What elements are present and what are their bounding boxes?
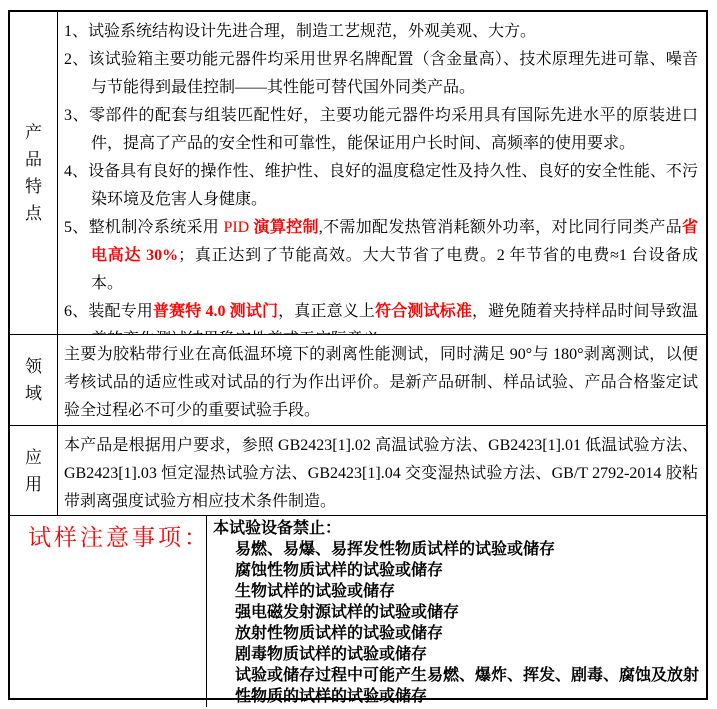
row-product-features: 产品特点 1、试验系统结构设计先进合理，制造工艺规范，外观美观、大方。 2、该试… <box>10 12 706 334</box>
row-header-product-features: 产品特点 <box>10 12 58 334</box>
prohibited-item: 放射性物质试样的试验或储存 <box>235 623 702 644</box>
application-content: 本产品是根据用户要求，参照 GB2423[1].02 高温试验方法、GB2423… <box>58 426 706 515</box>
feature-text: 该试验箱主要功能元器件均采用世界名牌配置（含金量高）、技术原理先进可靠、噪音与节… <box>89 51 698 96</box>
prohibited-item: 试验或储存过程中可能产生易燃、爆炸、挥发、剧毒、腐蚀及放射性物质的试样的试验或储… <box>235 665 702 707</box>
feature-text: 试验系统结构设计先进合理，制造工艺规范，外观美观、大方。 <box>88 23 536 40</box>
feature-number: 2、 <box>64 51 89 68</box>
prohibited-item: 易燃、易爆、易挥发性物质试样的试验或储存 <box>235 539 702 560</box>
feature-text: 零部件的配套与组装匹配性好，主要功能元器件均采用具有国际先进水平的原装进口件，提… <box>89 107 698 152</box>
row-header-label: 应用 <box>24 444 43 498</box>
field-content: 主要为胶粘带行业在高低温环境下的剥离性能测试，同时满足 90°与 180°剥离测… <box>58 335 706 425</box>
highlight-pid-control: 演算控制 <box>254 219 319 236</box>
product-features-content: 1、试验系统结构设计先进合理，制造工艺规范，外观美观、大方。 2、该试验箱主要功… <box>58 12 706 334</box>
feature-text: ,不需加配发热管消耗额外功率，对比同行同类产品 <box>319 219 682 236</box>
feature-text: ；真正达到了节能高效。大大节省了电费。2 年节省的电费≈1 台设备成本。 <box>91 247 698 292</box>
feature-number: 5、 <box>64 219 89 236</box>
prohibited-item: 强电磁发射源试样的试验或储存 <box>235 602 702 623</box>
document-page: 产品特点 1、试验系统结构设计先进合理，制造工艺规范，外观美观、大方。 2、该试… <box>0 0 717 709</box>
feature-item-1: 1、试验系统结构设计先进合理，制造工艺规范，外观美观、大方。 <box>64 18 698 46</box>
row-header-label: 产品特点 <box>24 119 43 227</box>
feature-text: 设备具有良好的操作性、维护性、良好的温度稳定性及持久性、良好的安全性能、不污染环… <box>88 163 698 208</box>
spec-table: 产品特点 1、试验系统结构设计先进合理，制造工艺规范，外观美观、大方。 2、该试… <box>8 10 708 700</box>
prohibited-item: 剧毒物质试样的试验或储存 <box>235 644 702 665</box>
notice-heading-cell: 试样注意事项： <box>10 516 207 707</box>
feature-number: 6、 <box>64 303 88 320</box>
feature-number: 4、 <box>64 163 88 180</box>
prohibited-item: 生物试样的试验或储存 <box>235 581 702 602</box>
highlight-test-door: 普赛特 4.0 测试门 <box>153 303 278 320</box>
highlight-pid: PID <box>223 219 253 236</box>
application-paragraph: 本产品是根据用户要求，参照 GB2423[1].02 高温试验方法、GB2423… <box>64 432 698 515</box>
feature-item-6: 6、装配专用普赛特 4.0 测试门，真正意义上符合测试标准，避免随着夹持样品时间… <box>64 298 698 334</box>
feature-item-2: 2、该试验箱主要功能元器件均采用世界名牌配置（含金量高）、技术原理先进可靠、噪音… <box>64 46 698 102</box>
row-application: 应用 本产品是根据用户要求，参照 GB2423[1].02 高温试验方法、GB2… <box>10 425 706 515</box>
feature-number: 3、 <box>64 107 89 124</box>
feature-number: 1、 <box>64 23 88 40</box>
highlight-test-standard: 符合测试标准 <box>375 303 472 320</box>
notice-heading: 试样注意事项： <box>28 525 210 550</box>
prohibited-list: 易燃、易爆、易挥发性物质试样的试验或储存 腐蚀性物质试样的试验或储存 生物试样的… <box>213 539 702 707</box>
row-header-field: 领域 <box>10 335 58 425</box>
feature-item-5: 5、整机制冷系统采用 PID 演算控制,不需加配发热管消耗额外功率，对比同行同类… <box>64 214 698 298</box>
feature-text: 整机制冷系统采用 <box>89 219 224 236</box>
notice-title: 本试验设备禁止： <box>213 518 702 539</box>
feature-text: 装配专用 <box>88 303 153 320</box>
prohibited-item: 腐蚀性物质试样的试验或储存 <box>235 560 702 581</box>
row-sample-notice: 试样注意事项： 本试验设备禁止： 易燃、易爆、易挥发性物质试样的试验或储存 腐蚀… <box>10 515 706 707</box>
notice-content: 本试验设备禁止： 易燃、易爆、易挥发性物质试样的试验或储存 腐蚀性物质试样的试验… <box>207 516 706 707</box>
field-paragraph: 主要为胶粘带行业在高低温环境下的剥离性能测试，同时满足 90°与 180°剥离测… <box>64 341 698 425</box>
row-field: 领域 主要为胶粘带行业在高低温环境下的剥离性能测试，同时满足 90°与 180°… <box>10 334 706 425</box>
feature-text: ，真正意义上 <box>278 303 375 320</box>
feature-item-3: 3、零部件的配套与组装匹配性好，主要功能元器件均采用具有国际先进水平的原装进口件… <box>64 102 698 158</box>
feature-item-4: 4、设备具有良好的操作性、维护性、良好的温度稳定性及持久性、良好的安全性能、不污… <box>64 158 698 214</box>
row-header-application: 应用 <box>10 426 58 515</box>
row-header-label: 领域 <box>24 353 43 407</box>
